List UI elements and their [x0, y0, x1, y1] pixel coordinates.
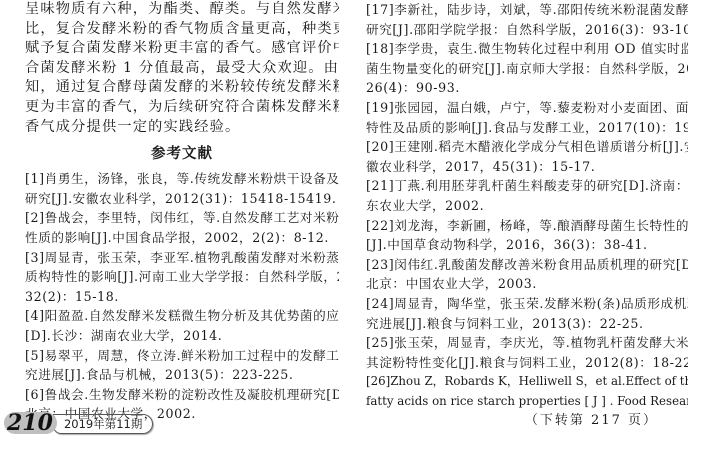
references-heading: 参考文献: [25, 139, 339, 169]
references-list-left: [1]肖勇生，汤锋，张良，等.传统发酵米粉烘干设备及工艺的 研究[J].安徽农业…: [25, 169, 339, 424]
reference-line: fatty acids on rice starch properties [ …: [366, 392, 688, 412]
reference-item: [23]闵伟红.乳酸菌发酵改善米粉食用品质机理的研究[D]. 北京：中国农业大学…: [366, 255, 688, 294]
page-footer: 210 2019年第11期: [4, 408, 153, 434]
reference-item: [26]Zhou Z，Robards K，Helliwell S，et al.E…: [366, 372, 688, 411]
reference-item: [19]张园园，温白娥，卢宁，等.藜麦粉对小麦面团、面包质构 特性及品质的影响[…: [366, 98, 688, 137]
continuation-note: （下转第 217 页）: [366, 411, 688, 431]
reference-line: 东农业大学，2002.: [366, 196, 688, 216]
body-line: 知，通过复合酵母菌发酵的米粉较传统发酵米粉有: [25, 78, 339, 98]
reference-line: [20]王建刚.稻壳木醋液化学成分气相色谱质谱分析[J].安: [366, 137, 688, 157]
body-line: 呈味物质有六种，为酯类、醇类。与自然发酵米粉相: [25, 0, 339, 20]
reference-line: 研究[J].安徽农业科学，2012(31)：15418-15419.: [25, 189, 339, 209]
issue-label: 2019年第11期: [53, 414, 153, 434]
reference-line: [23]闵伟红.乳酸菌发酵改善米粉食用品质机理的研究[D].: [366, 255, 688, 275]
reference-line: [3]周显青，张玉荣，李亚军.植物乳酸菌发酵对米粉蒸煮和: [25, 248, 339, 268]
reference-line: 徽农业科学，2017，45(31)：15-17.: [366, 157, 688, 177]
reference-line: [21]丁燕.利用胚芽乳杆菌生料酸麦芽的研究[D].济南：山: [366, 176, 688, 196]
right-column: [17]李新社，陆步诗，刘斌，等.邵阳传统米粉混菌发酵工艺 研究[J].邵阳学院…: [366, 0, 688, 431]
left-column: 呈味物质有六种，为酯类、醇类。与自然发酵米粉相 比，复合发酵米粉的香气物质含量更…: [25, 0, 339, 424]
body-line: 赋予复合菌发酵米粉更丰富的香气。感官评价中复: [25, 39, 339, 59]
reference-line: [24]周显青，陶华堂，张玉荣.发酵米粉(条)品质形成机理研: [366, 294, 688, 314]
page-number: 210: [4, 412, 57, 434]
reference-item: [3]周显青，张玉荣，李亚军.植物乳酸菌发酵对米粉蒸煮和 质构特性的影响[J].…: [25, 248, 339, 307]
reference-line: [5]易翠平，周慧，佟立涛.鲜米粉加工过程中的发酵工艺研: [25, 346, 339, 366]
reference-item: [24]周显青，陶华堂，张玉荣.发酵米粉(条)品质形成机理研 究进展[J].粮食…: [366, 294, 688, 333]
reference-line: [1]肖勇生，汤锋，张良，等.传统发酵米粉烘干设备及工艺的: [25, 169, 339, 189]
reference-line: 其淀粉特性变化[J].粮食与饲料工业，2012(8)：18-22，25.: [366, 353, 688, 373]
reference-line: [25]张玉荣，周显青，李庆光，等.植物乳杆菌发酵大米粉及: [366, 333, 688, 353]
reference-item: [4]阳盈盈.自然发酵米发糕微生物分析及其优势菌的应用 [D].长沙：湖南农业大…: [25, 306, 339, 345]
references-list-right: [17]李新社，陆步诗，刘斌，等.邵阳传统米粉混菌发酵工艺 研究[J].邵阳学院…: [366, 0, 688, 411]
body-line: 香气成分提供一定的实践经验。: [25, 118, 339, 138]
reference-item: [22]刘龙海，李新圃，杨峰，等.酿酒酵母菌生长特性的研究 [J].中国草食动物…: [366, 216, 688, 255]
reference-line: [19]张园园，温白娥，卢宁，等.藜麦粉对小麦面团、面包质构: [366, 98, 688, 118]
reference-line: [17]李新社，陆步诗，刘斌，等.邵阳传统米粉混菌发酵工艺: [366, 0, 688, 20]
reference-line: 质构特性的影响[J].河南工业大学学报：自然科学版，2011，: [25, 267, 339, 287]
body-line: 更为丰富的香气，为后续研究符合菌株发酵米粉的: [25, 98, 339, 118]
body-paragraph: 呈味物质有六种，为酯类、醇类。与自然发酵米粉相 比，复合发酵米粉的香气物质含量更…: [25, 0, 339, 137]
reference-item: [1]肖勇生，汤锋，张良，等.传统发酵米粉烘干设备及工艺的 研究[J].安徽农业…: [25, 169, 339, 208]
reference-item: [18]李学贵，袁生.微生物转化过程中利用 OD 值实时监测细 菌生物量变化的研…: [366, 39, 688, 98]
reference-line: [D].长沙：湖南农业大学，2014.: [25, 326, 339, 346]
reference-item: [20]王建刚.稻壳木醋液化学成分气相色谱质谱分析[J].安 徽农业科学，201…: [366, 137, 688, 176]
reference-line: 特性及品质的影响[J].食品与发酵工业，2017(10)：197-202.: [366, 118, 688, 138]
reference-line: [J].中国草食动物科学，2016，36(3)：38-41.: [366, 235, 688, 255]
reference-item: [5]易翠平，周慧，佟立涛.鲜米粉加工过程中的发酵工艺研 究进展[J].食品与机…: [25, 346, 339, 385]
reference-line: 究进展[J].粮食与饲料工业，2013(3)：22-25.: [366, 314, 688, 334]
reference-line: [6]鲁战会.生物发酵米粉的淀粉改性及凝胶机理研究[D].: [25, 385, 339, 405]
reference-item: [21]丁燕.利用胚芽乳杆菌生料酸麦芽的研究[D].济南：山 东农业大学，200…: [366, 176, 688, 215]
reference-line: [26]Zhou Z，Robards K，Helliwell S，et al.E…: [366, 372, 688, 392]
reference-line: 性质的影响[J].中国食品学报，2002，2(2)：8-12.: [25, 228, 339, 248]
reference-line: [2]鲁战会，李里特，闵伟红，等.自然发酵工艺对米粉流变学: [25, 208, 339, 228]
reference-line: [18]李学贵，袁生.微生物转化过程中利用 OD 值实时监测细: [366, 39, 688, 59]
reference-line: [22]刘龙海，李新圃，杨峰，等.酿酒酵母菌生长特性的研究: [366, 216, 688, 236]
reference-item: [25]张玉荣，周显青，李庆光，等.植物乳杆菌发酵大米粉及 其淀粉特性变化[J]…: [366, 333, 688, 372]
reference-item: [17]李新社，陆步诗，刘斌，等.邵阳传统米粉混菌发酵工艺 研究[J].邵阳学院…: [366, 0, 688, 39]
reference-line: 菌生物量变化的研究[J].南京师大学报：自然科学版，2003，: [366, 59, 688, 79]
body-line: 比，复合发酵米粉的香气物质含量更高，种类更多，: [25, 20, 339, 40]
reference-line: 26(4)：90-93.: [366, 78, 688, 98]
reference-line: 32(2)：15-18.: [25, 287, 339, 307]
body-line: 合菌发酵米粉 1 分值最高，最受大众欢迎。由此可: [25, 59, 339, 79]
reference-line: 究进展[J].食品与机械，2013(5)：223-225.: [25, 365, 339, 385]
reference-line: 北京：中国农业大学，2003.: [366, 274, 688, 294]
reference-line: [4]阳盈盈.自然发酵米发糕微生物分析及其优势菌的应用: [25, 306, 339, 326]
reference-item: [2]鲁战会，李里特，闵伟红，等.自然发酵工艺对米粉流变学 性质的影响[J].中…: [25, 208, 339, 247]
reference-line: 研究[J].邵阳学院学报：自然科学版，2016(3)：93-101.: [366, 20, 688, 40]
